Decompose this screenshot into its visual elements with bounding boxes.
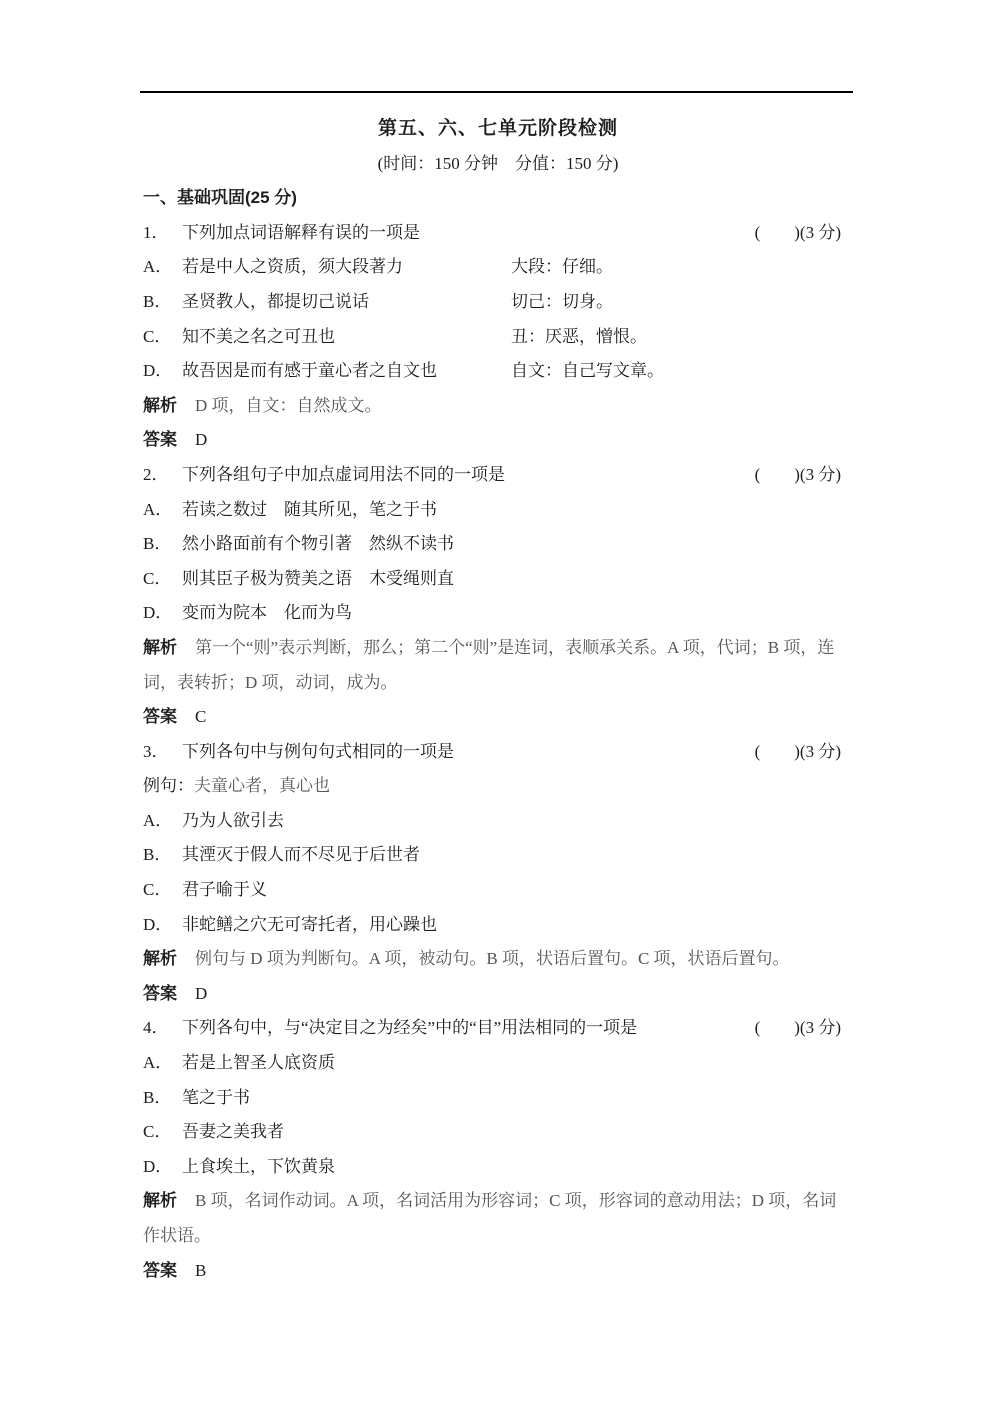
option-label: D． bbox=[143, 354, 182, 389]
option-label: C． bbox=[143, 873, 182, 908]
analysis-text: 例句与 D 项为判断句。A 项，被动句。B 项，状语后置句。C 项，状语后置句。 bbox=[195, 949, 790, 968]
question-4-score-box: ( )(3 分) bbox=[755, 1011, 853, 1046]
option-label: D． bbox=[143, 908, 182, 943]
question-1-option-b: B．圣贤教人，都提切己说话 切己：切身。 bbox=[143, 285, 853, 320]
question-4-number: 4． bbox=[143, 1011, 182, 1046]
question-4-option-c: C．吾妻之美我者 bbox=[143, 1115, 853, 1150]
option-label: B． bbox=[143, 527, 182, 562]
question-4-answer-row: 答案B bbox=[143, 1254, 853, 1289]
question-4-option-b: B．笔之于书 bbox=[143, 1081, 853, 1116]
option-gloss: 丑：厌恶，憎恨。 bbox=[511, 320, 647, 355]
question-4-option-a: A．若是上智圣人底资质 bbox=[143, 1046, 853, 1081]
question-4-analysis-row: 解析B 项，名词作动词。A 项，名词活用为形容词；C 项，形容词的意动用法；D … bbox=[143, 1184, 853, 1253]
question-1-option-d: D．故吾因是而有感于童心者之自文也 自文：自己写文章。 bbox=[143, 354, 853, 389]
option-text: 圣贤教人，都提切己说话 bbox=[182, 292, 369, 311]
option-text: 上食埃土，下饮黄泉 bbox=[182, 1157, 335, 1176]
exam-time-score-subtitle: (时间：150 分钟 分值：150 分) bbox=[143, 147, 853, 182]
question-1-stem-text: 下列加点词语解释有误的一项是 bbox=[182, 223, 420, 242]
question-2-score-box: ( )(3 分) bbox=[755, 458, 853, 493]
option-label: C． bbox=[143, 562, 182, 597]
question-3-answer-row: 答案D bbox=[143, 977, 853, 1012]
question-2-stem: 2．下列各组句子中加点虚词用法不同的一项是 bbox=[143, 458, 505, 493]
option-text: 则其臣子极为赞美之语 木受绳则直 bbox=[182, 569, 454, 588]
question-1-score-box: ( )(3 分) bbox=[755, 216, 853, 251]
example-sentence: 夫童心者，真心也 bbox=[194, 776, 330, 795]
question-3-stem-row: 3．下列各句中与例句句式相同的一项是 ( )(3 分) bbox=[143, 735, 853, 770]
question-2-option-c: C．则其臣子极为赞美之语 木受绳则直 bbox=[143, 562, 853, 597]
analysis-text: 第一个“则”表示判断，那么；第二个“则”是连词，表顺承关系。A 项，代词；B 项… bbox=[143, 638, 834, 692]
header-divider-rule bbox=[140, 91, 853, 93]
option-label: C． bbox=[143, 320, 182, 355]
option-label: A． bbox=[143, 804, 182, 839]
question-2-stem-text: 下列各组句子中加点虚词用法不同的一项是 bbox=[182, 465, 505, 484]
question-3-option-a: A．乃为人欲引去 bbox=[143, 804, 853, 839]
question-2-option-d: D．变而为院本 化而为鸟 bbox=[143, 596, 853, 631]
question-1-stem-row: 1．下列加点词语解释有误的一项是 ( )(3 分) bbox=[143, 216, 853, 251]
question-4-stem-row: 4．下列各句中，与“决定目之为经矣”中的“目”用法相同的一项是 ( )(3 分) bbox=[143, 1011, 853, 1046]
question-4-stem: 4．下列各句中，与“决定目之为经矣”中的“目”用法相同的一项是 bbox=[143, 1011, 637, 1046]
option-gloss: 自文：自己写文章。 bbox=[511, 354, 664, 389]
question-3: 3．下列各句中与例句句式相同的一项是 ( )(3 分) 例句：夫童心者，真心也 … bbox=[143, 735, 853, 1012]
option-label: B． bbox=[143, 1081, 182, 1116]
question-3-number: 3． bbox=[143, 735, 182, 770]
question-2-answer-row: 答案C bbox=[143, 700, 853, 735]
option-text: 吾妻之美我者 bbox=[182, 1122, 284, 1141]
question-3-option-b: B．其湮灭于假人而不尽见于后世者 bbox=[143, 838, 853, 873]
question-4: 4．下列各句中，与“决定目之为经矣”中的“目”用法相同的一项是 ( )(3 分)… bbox=[143, 1011, 853, 1288]
option-text: 变而为院本 化而为鸟 bbox=[182, 603, 352, 622]
question-3-stem-text: 下列各句中与例句句式相同的一项是 bbox=[182, 742, 454, 761]
question-4-option-d: D．上食埃土，下饮黄泉 bbox=[143, 1150, 853, 1185]
option-label: D． bbox=[143, 596, 182, 631]
option-text: 笔之于书 bbox=[182, 1088, 250, 1107]
analysis-label: 解析 bbox=[143, 949, 177, 968]
option-text: 知不美之名之可丑也 bbox=[182, 327, 335, 346]
option-label: B． bbox=[143, 838, 182, 873]
option-text: 若是上智圣人底资质 bbox=[182, 1053, 335, 1072]
option-label: B． bbox=[143, 285, 182, 320]
question-1-answer-row: 答案D bbox=[143, 423, 853, 458]
option-text: 若是中人之资质，须大段著力 bbox=[182, 257, 403, 276]
question-3-example-row: 例句：夫童心者，真心也 bbox=[143, 769, 853, 804]
question-2-option-a: A．若读之数过 随其所见，笔之于书 bbox=[143, 493, 853, 528]
answer-value: C bbox=[195, 707, 206, 726]
option-text: 君子喻于义 bbox=[182, 880, 267, 899]
option-text: 若读之数过 随其所见，笔之于书 bbox=[182, 500, 437, 519]
question-4-stem-text: 下列各句中，与“决定目之为经矣”中的“目”用法相同的一项是 bbox=[182, 1018, 637, 1037]
question-3-option-d: D．非蛇鳝之穴无可寄托者，用心躁也 bbox=[143, 908, 853, 943]
option-label: A． bbox=[143, 250, 182, 285]
question-1: 1．下列加点词语解释有误的一项是 ( )(3 分) A．若是中人之资质，须大段著… bbox=[143, 216, 853, 458]
option-text: 非蛇鳝之穴无可寄托者，用心躁也 bbox=[182, 915, 437, 934]
answer-label: 答案 bbox=[143, 1261, 177, 1280]
question-3-stem: 3．下列各句中与例句句式相同的一项是 bbox=[143, 735, 454, 770]
question-3-option-c: C．君子喻于义 bbox=[143, 873, 853, 908]
answer-value: D bbox=[195, 430, 207, 449]
answer-label: 答案 bbox=[143, 707, 177, 726]
answer-value: B bbox=[195, 1261, 206, 1280]
analysis-label: 解析 bbox=[143, 638, 177, 657]
question-1-number: 1． bbox=[143, 216, 182, 251]
page-title: 第五、六、七单元阶段检测 bbox=[143, 112, 853, 147]
answer-value: D bbox=[195, 984, 207, 1003]
question-1-stem: 1．下列加点词语解释有误的一项是 bbox=[143, 216, 420, 251]
document-content: 第五、六、七单元阶段检测 (时间：150 分钟 分值：150 分) 一、基础巩固… bbox=[143, 112, 853, 1288]
question-2: 2．下列各组句子中加点虚词用法不同的一项是 ( )(3 分) A．若读之数过 随… bbox=[143, 458, 853, 735]
analysis-label: 解析 bbox=[143, 396, 177, 415]
question-3-score-box: ( )(3 分) bbox=[755, 735, 853, 770]
option-text: 乃为人欲引去 bbox=[182, 811, 284, 830]
question-2-number: 2． bbox=[143, 458, 182, 493]
section-heading: 一、基础巩固(25 分) bbox=[143, 181, 853, 216]
analysis-text: B 项，名词作动词。A 项，名词活用为形容词；C 项，形容词的意动用法；D 项，… bbox=[143, 1191, 836, 1245]
answer-label: 答案 bbox=[143, 984, 177, 1003]
option-text: 其湮灭于假人而不尽见于后世者 bbox=[182, 845, 420, 864]
option-label: C． bbox=[143, 1115, 182, 1150]
question-2-option-b: B．然小路面前有个物引著 然纵不读书 bbox=[143, 527, 853, 562]
example-prefix: 例句： bbox=[143, 776, 194, 795]
option-gloss: 大段：仔细。 bbox=[511, 250, 613, 285]
option-text: 然小路面前有个物引著 然纵不读书 bbox=[182, 534, 454, 553]
option-gloss: 切己：切身。 bbox=[511, 285, 613, 320]
option-label: A． bbox=[143, 493, 182, 528]
question-1-analysis-row: 解析D 项，自文：自然成文。 bbox=[143, 389, 853, 424]
document-page: 第五、六、七单元阶段检测 (时间：150 分钟 分值：150 分) 一、基础巩固… bbox=[0, 0, 993, 1404]
answer-label: 答案 bbox=[143, 430, 177, 449]
question-2-stem-row: 2．下列各组句子中加点虚词用法不同的一项是 ( )(3 分) bbox=[143, 458, 853, 493]
option-text: 故吾因是而有感于童心者之自文也 bbox=[182, 361, 437, 380]
question-2-analysis-row: 解析第一个“则”表示判断，那么；第二个“则”是连词，表顺承关系。A 项，代词；B… bbox=[143, 631, 853, 700]
question-1-option-a: A．若是中人之资质，须大段著力 大段：仔细。 bbox=[143, 250, 853, 285]
option-label: A． bbox=[143, 1046, 182, 1081]
option-label: D． bbox=[143, 1150, 182, 1185]
analysis-label: 解析 bbox=[143, 1191, 177, 1210]
analysis-text: D 项，自文：自然成文。 bbox=[195, 396, 382, 415]
question-3-analysis-row: 解析例句与 D 项为判断句。A 项，被动句。B 项，状语后置句。C 项，状语后置… bbox=[143, 942, 853, 977]
question-1-option-c: C．知不美之名之可丑也 丑：厌恶，憎恨。 bbox=[143, 320, 853, 355]
